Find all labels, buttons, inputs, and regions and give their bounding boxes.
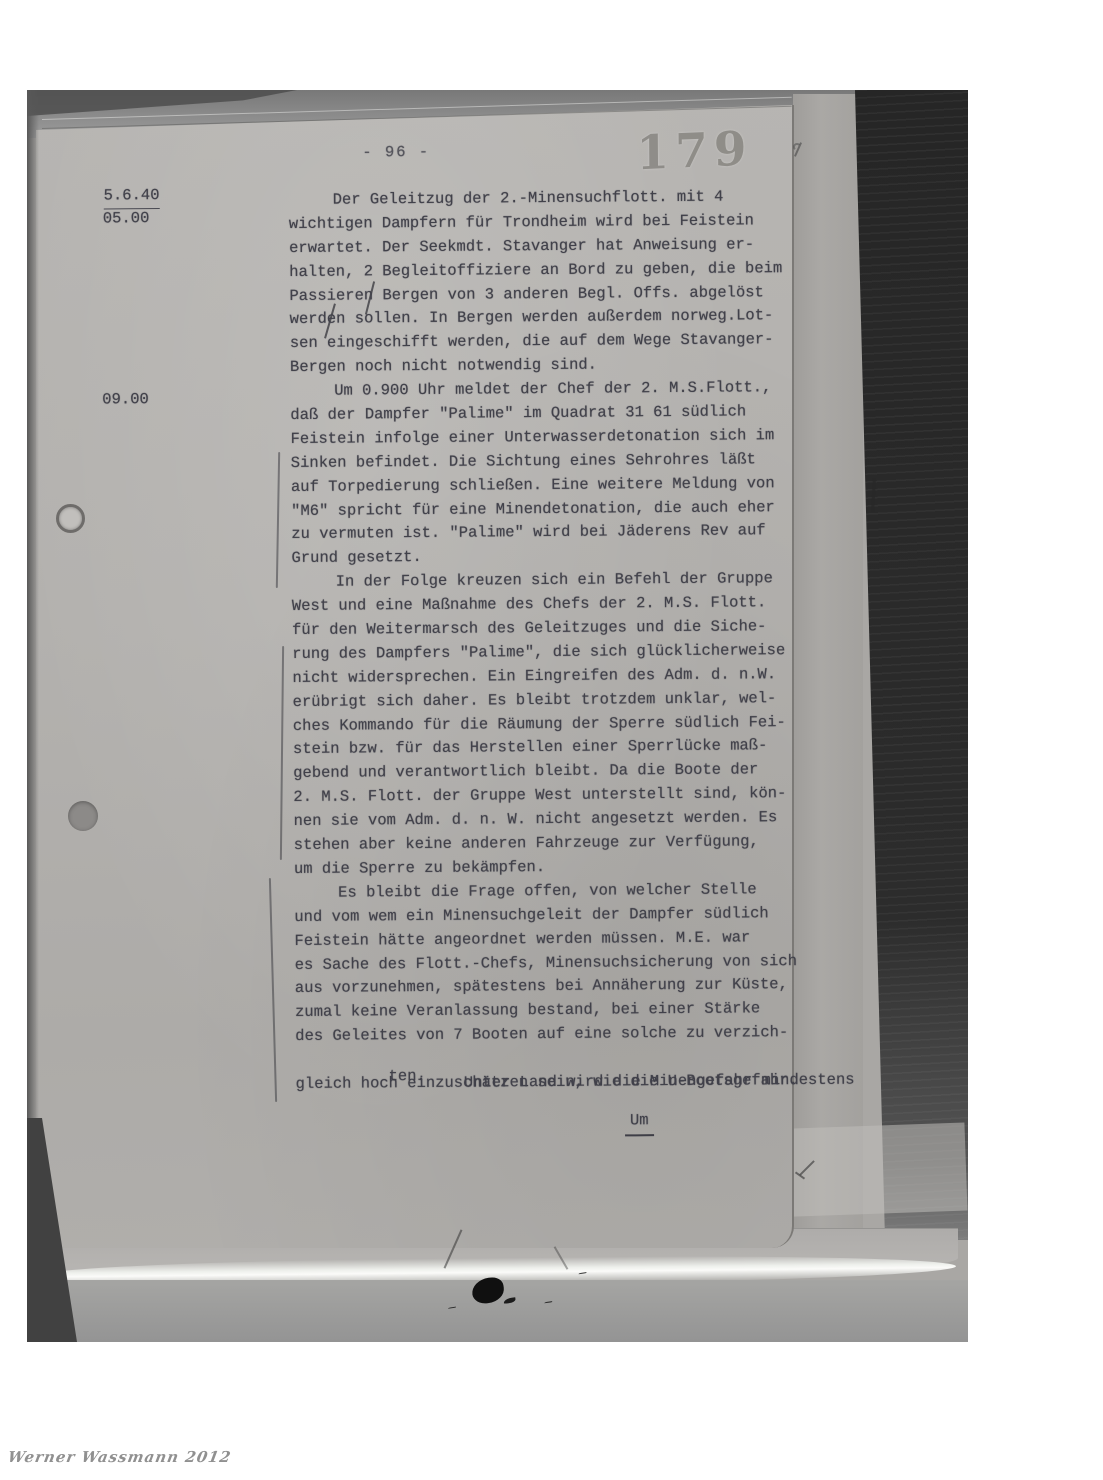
typed-line-fragment: ten. <box>389 1067 426 1085</box>
typed-line: Feistein hätte angeordnet werden müssen.… <box>294 925 821 953</box>
typed-line: stehen aber keine anderen Fahrzeuge zur … <box>294 830 821 858</box>
paragraph: In der Folge kreuzen sich ein Befehl der… <box>292 567 821 882</box>
paragraph: Um 0.900 Uhr meldet der Chef der 2. M.S.… <box>290 376 818 571</box>
archive-stamp-number: 179 <box>636 121 752 181</box>
typed-content-layer: - 96 - 179 5.6.40 05.00 09.00 Der Geleit… <box>0 0 1103 1480</box>
typed-line: und vom wem ein Minensuchgeleit der Damp… <box>294 902 821 930</box>
margin-date: 5.6.40 <box>104 184 160 209</box>
typed-line: des Geleites von 7 Booten auf eine solch… <box>295 1021 822 1049</box>
typed-line: auf Torpedierung schließen. Eine weitere… <box>291 472 818 500</box>
paragraph: gleich hoch einzuschätzen sein, wie die … <box>296 1069 823 1097</box>
margin-time-0900: 09.00 <box>102 388 149 412</box>
margin-time-0500: 05.00 <box>103 207 150 231</box>
paragraph: Es bleibt die Frage offen, von welcher S… <box>294 878 822 1073</box>
paragraph: Der Geleitzug der 2.-Minensuchflott. mit… <box>289 185 817 380</box>
typed-line: zu vermuten ist. "Palime" wird bei Jäder… <box>291 519 818 547</box>
body-text: Der Geleitzug der 2.-Minensuchflott. mit… <box>289 185 823 1097</box>
page-number: - 96 - <box>362 141 430 165</box>
typed-line: erwartet. Der Seekmdt. Stavanger hat Anw… <box>289 233 816 261</box>
typed-line: gleich hoch einzuschätzen sein, wie die … <box>296 1069 823 1097</box>
typed-line: halten, 2 Begleitoffiziere an Bord zu ge… <box>289 257 816 285</box>
typed-line: erübrigt sich daher. Es bleibt trotzdem … <box>293 687 820 715</box>
watermark: Werner Wassmann 2012 <box>6 1448 232 1466</box>
typed-line: sen eingeschifft werden, die auf dem Weg… <box>290 328 817 356</box>
catchword: Um <box>625 1109 654 1136</box>
